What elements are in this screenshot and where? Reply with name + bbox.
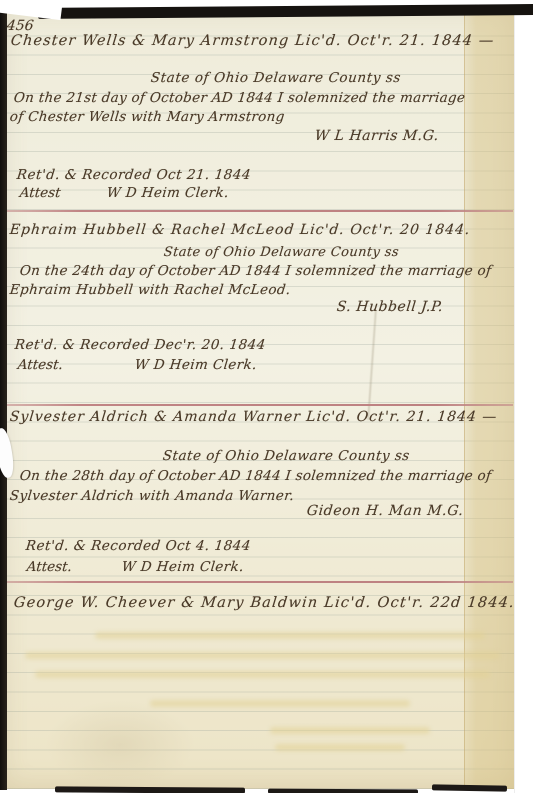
entry-2-body-line-1: On the 24th day of October AD 1844 I sol… xyxy=(19,263,492,279)
entry-3-recorded-line: Ret'd. & Recorded Oct 4. 1844 xyxy=(25,538,252,554)
bleedthrough-ghost xyxy=(275,744,405,751)
entry-3-state-county-line: State of Ohio Delaware County ss xyxy=(162,448,411,464)
torn-bottom-edge xyxy=(432,784,507,791)
entry-1-clerk-signature: W D Heim Clerk. xyxy=(106,185,230,201)
page-number: 456 xyxy=(6,18,34,34)
entry-separator-rule-1 xyxy=(5,210,513,212)
entry-2-body-line-2: Ephraim Hubbell with Rachel McLeod. xyxy=(9,282,292,298)
bleedthrough-ghost xyxy=(270,727,430,734)
entry-2-officiant-signature: S. Hubbell J.P. xyxy=(336,299,444,315)
bleedthrough-ghost xyxy=(150,700,410,707)
entry-separator-rule-2 xyxy=(5,404,513,406)
entry-2-state-county-line: State of Ohio Delaware County ss xyxy=(163,245,400,260)
entry-3-clerk-signature: W D Heim Clerk. xyxy=(121,559,245,575)
entry-separator-rule-3 xyxy=(5,581,513,583)
entry-1-body-line-1: On the 21st day of October AD 1844 I sol… xyxy=(13,90,466,106)
entry-3-body-line-2: Sylvester Aldrich with Amanda Warner. xyxy=(9,488,295,504)
bleedthrough-ghost xyxy=(35,671,490,678)
entry-1-state-county-line: State of Ohio Delaware County ss xyxy=(150,70,402,86)
scan-right-margin xyxy=(514,14,533,800)
entry-1-recorded-line: Ret'd. & Recorded Oct 21. 1844 xyxy=(16,167,252,183)
entry-2-attest-label: Attest. xyxy=(17,357,64,373)
bleedthrough-ghost xyxy=(25,652,500,659)
bleedthrough-ghost xyxy=(95,632,485,639)
entry-1-body-line-2: of Chester Wells with Mary Armstrong xyxy=(9,109,285,125)
entry-2-heading: Ephraim Hubbell & Rachel McLeod Lic'd. O… xyxy=(9,222,471,238)
entry-1-heading: Chester Wells & Mary Armstrong Lic'd. Oc… xyxy=(10,33,495,49)
entry-1-attest-label: Attest xyxy=(19,185,61,201)
entry-3-attest-label: Attest. xyxy=(26,559,73,575)
entry-3-heading: Sylvester Aldrich & Amanda Warner Lic'd.… xyxy=(9,409,498,425)
entry-2-recorded-line: Ret'd. & Recorded Dec'r. 20. 1844 xyxy=(14,337,267,353)
entry-2-clerk-signature: W D Heim Clerk. xyxy=(134,357,258,373)
entry-1-officiant-signature: W L Harris M.G. xyxy=(314,128,440,144)
entry-3-body-line-1: On the 28th day of October AD 1844 I sol… xyxy=(19,468,492,484)
entry-3-officiant-signature: Gideon H. Man M.G. xyxy=(306,503,464,519)
paper-stain xyxy=(45,700,195,790)
entry-4-heading: George W. Cheever & Mary Baldwin Lic'd. … xyxy=(13,595,516,611)
scan-left-edge xyxy=(0,12,7,790)
scan-bottom-margin xyxy=(0,793,533,800)
